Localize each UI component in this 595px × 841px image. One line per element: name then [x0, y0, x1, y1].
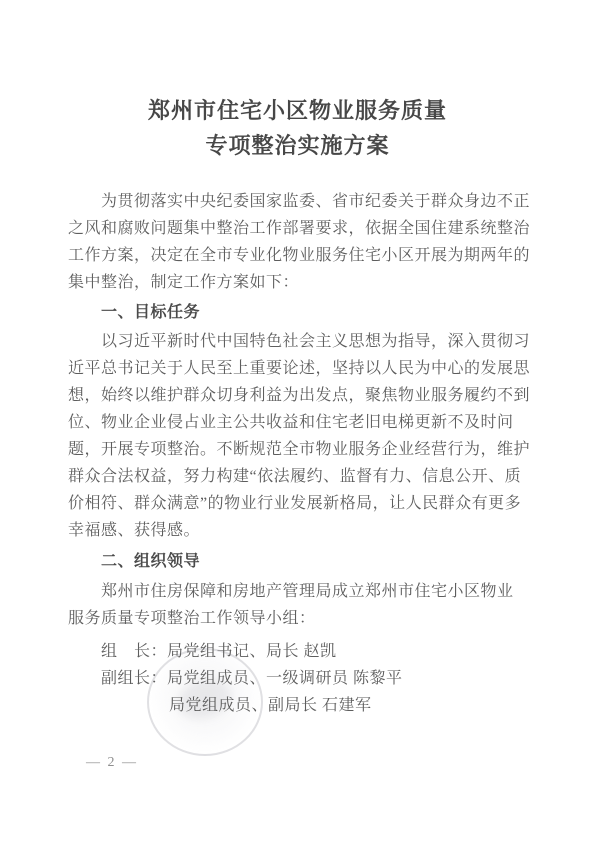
text-line: 以习近平新时代中国特色社会主义思想为指导，深入贯彻习 [68, 328, 534, 355]
section-heading-2: 二、组织领导 [68, 548, 534, 575]
leading-group-list: 组 长：局党组书记、局长 赵凯 副组长：局党组成员、一级调研员 陈黎平 局党组成… [68, 638, 534, 719]
text-line: 位、物业企业侵占业主公共收益和住宅老旧电梯更新不及时问 [68, 409, 534, 436]
text-line: 工作方案，决定在全市专业化物业服务住宅小区开展为期两年的 [68, 242, 534, 269]
text-line: 为贯彻落实中央纪委国家监委、省市纪委关于群众身边不正 [68, 188, 534, 215]
title-line-1: 郑州市住宅小区物业服务质量 [0, 93, 595, 128]
text-line: 题，开展专项整治。不断规范全市物业服务企业经营行为，维护 [68, 436, 534, 463]
section1-paragraph: 以习近平新时代中国特色社会主义思想为指导，深入贯彻习 近平总书记关于人民至上重要… [68, 328, 534, 544]
section-heading-1: 一、目标任务 [68, 299, 534, 326]
text-line: 郑州市住房保障和房地产管理局成立郑州市住宅小区物业 [68, 578, 534, 605]
text-line: 近平总书记关于人民至上重要论述，坚持以人民为中心的发展思 [68, 355, 534, 382]
page-number: — 2 — [86, 755, 138, 771]
document-page: 郑州市住宅小区物业服务质量 专项整治实施方案 为贯彻落实中央纪委国家监委、省市纪… [0, 0, 595, 841]
text-line: 群众合法权益，努力构建“依法履约、监督有力、信息公开、质 [68, 463, 534, 490]
text-line: 服务质量专项整治工作领导小组： [68, 605, 534, 632]
text-line: 集中整治，制定工作方案如下： [68, 269, 534, 296]
section2-paragraph: 郑州市住房保障和房地产管理局成立郑州市住宅小区物业 服务质量专项整治工作领导小组… [68, 578, 534, 632]
leader-line: 副组长：局党组成员、一级调研员 陈黎平 [68, 665, 534, 692]
intro-paragraph: 为贯彻落实中央纪委国家监委、省市纪委关于群众身边不正 之风和腐败问题集中整治工作… [68, 188, 534, 296]
document-title: 郑州市住宅小区物业服务质量 专项整治实施方案 [0, 93, 595, 163]
text-line: 想，始终以维护群众切身利益为出发点，聚焦物业服务履约不到 [68, 382, 534, 409]
title-line-2: 专项整治实施方案 [0, 128, 595, 163]
text-line: 幸福感、获得感。 [68, 517, 534, 544]
text-line: 之风和腐败问题集中整治工作部署要求，依据全国住建系统整治 [68, 215, 534, 242]
leader-line: 局党组成员、副局长 石建军 [68, 692, 534, 719]
leader-line: 组 长：局党组书记、局长 赵凯 [68, 638, 534, 665]
document-body: 为贯彻落实中央纪委国家监委、省市纪委关于群众身边不正 之风和腐败问题集中整治工作… [68, 188, 534, 719]
text-line: 价相符、群众满意”的物业行业发展新格局，让人民群众有更多 [68, 490, 534, 517]
